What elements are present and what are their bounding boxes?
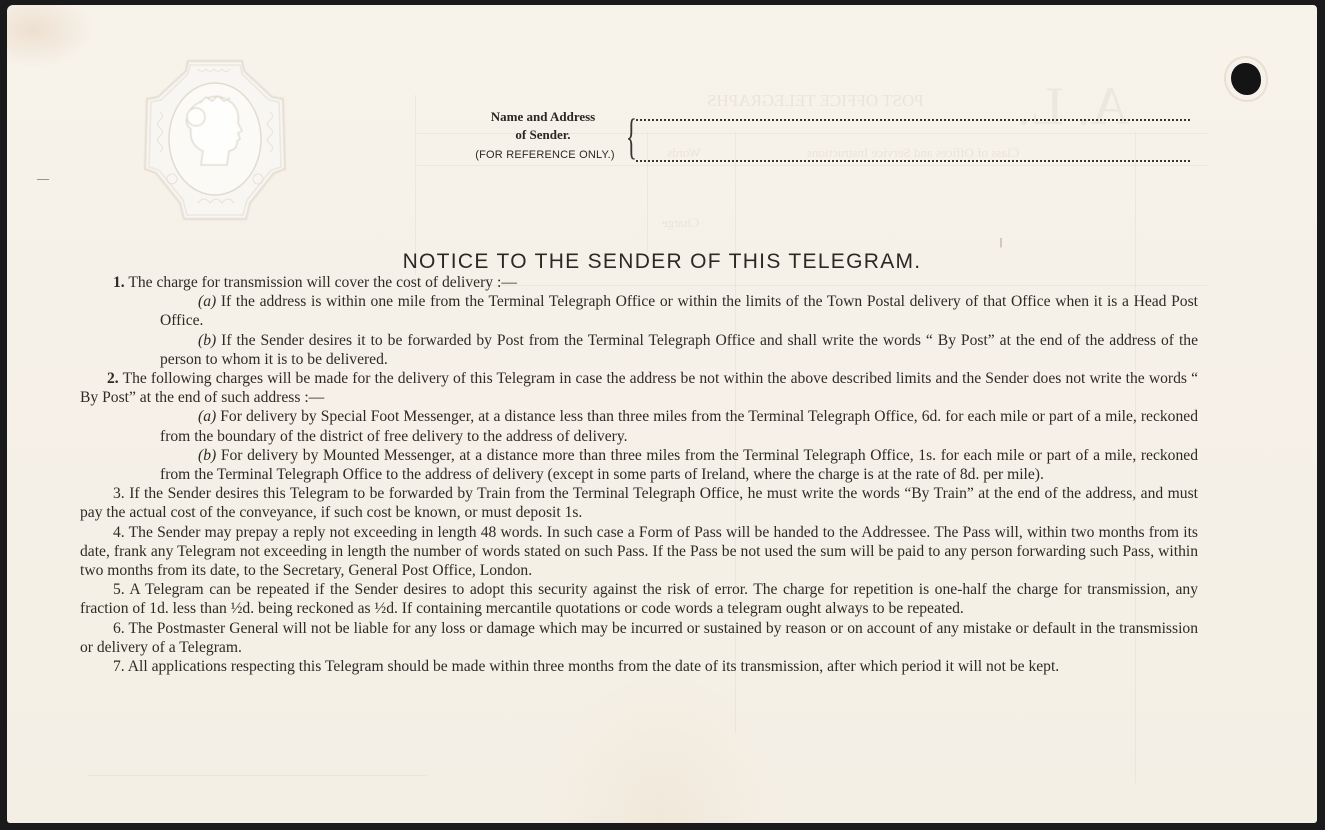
sub-label: (a) [198,408,216,425]
fraction-half: ½ [374,600,386,617]
show-through-charge: Charge [662,215,699,231]
notice-item-1b: (b) If the Sender desires it to be forwa… [80,331,1198,369]
item-text: The following charges will be made for t… [80,370,1198,406]
sub-label: (b) [198,332,216,349]
sub-text: For delivery by Special Foot Messenger, … [160,408,1198,444]
item-text: The charge for transmission will cover t… [128,274,517,291]
item-number: 7. [113,658,125,675]
item-text: The Postmaster General will not be liabl… [80,620,1198,656]
notice-item-4: 4. The Sender may prepay a reply not exc… [80,523,1198,581]
show-through-column1: Class of Offices and Service Instruction… [807,145,1019,161]
sender-of-label: of Sender. [468,127,618,143]
notice-title: NOTICE TO THE SENDER OF THIS TELEGRAM. [7,250,1317,274]
embossed-queen-head-stamp-icon [140,57,290,223]
sender-name-label: Name and Address [468,109,618,125]
item-text: If the Sender desires this Telegram to b… [80,485,1198,521]
sub-label: (b) [198,447,216,464]
item-number: 3. [113,485,125,502]
notice-item-3: 3. If the Sender desires this Telegram t… [80,484,1198,522]
notice-item-1a: (a) If the address is within one mile fr… [80,292,1198,330]
item-number: 5. [113,581,125,598]
notice-item-2b: (b) For delivery by Mounted Messenger, a… [80,446,1198,484]
notice-body: 1. The charge for transmission will cove… [80,273,1198,676]
show-through-rule [87,775,427,776]
notice-item-6: 6. The Postmaster General will not be li… [80,619,1198,657]
sub-text: For delivery by Mounted Messenger, at a … [160,447,1198,483]
notice-item-1: 1. The charge for transmission will cove… [80,273,1198,292]
notice-item-2: 2. The following charges will be made fo… [74,369,1198,407]
sender-line-2[interactable] [636,160,1190,162]
sub-text: If the Sender desires it to be forwarded… [160,332,1198,368]
notice-item-2a: (a) For delivery by Special Foot Messeng… [80,407,1198,445]
item-number: 4. [113,524,125,541]
item-number: 2. [107,370,119,387]
punch-hole-icon [1231,63,1261,95]
fraction-half: ½ [231,600,243,617]
pencil-mark: — [37,171,49,186]
show-through-large-letters: A. L. [1017,75,1129,137]
item-text: The Sender may prepay a reply not exceed… [80,524,1198,579]
notice-item-5: 5. A Telegram can be repeated if the Sen… [80,580,1198,618]
notice-item-7: 7. All applications respecting this Tele… [80,657,1198,676]
sub-label: (a) [198,293,216,310]
item-text: All applications respecting this Telegra… [128,658,1059,675]
item-text-after: d. If containing mercantile quotations o… [386,600,964,617]
show-through-rule [415,95,416,275]
pencil-mark: | [1000,237,1002,248]
sender-reference-note: (FOR REFERENCE ONLY.) [460,149,630,161]
sender-line-1[interactable] [636,119,1190,121]
telegram-form-card: POST OFFICE TELEGRAPHS A. L. Class of Of… [7,5,1317,823]
item-number: 6. [113,620,125,637]
show-through-column2: Words [667,145,701,161]
show-through-rule [647,133,648,253]
item-text-middle: d. being reckoned as [242,600,374,617]
sub-text: If the address is within one mile from t… [160,293,1198,329]
item-number: 1. [113,274,125,291]
show-through-header: POST OFFICE TELEGRAPHS [707,91,924,111]
show-through-rule [417,165,1207,166]
